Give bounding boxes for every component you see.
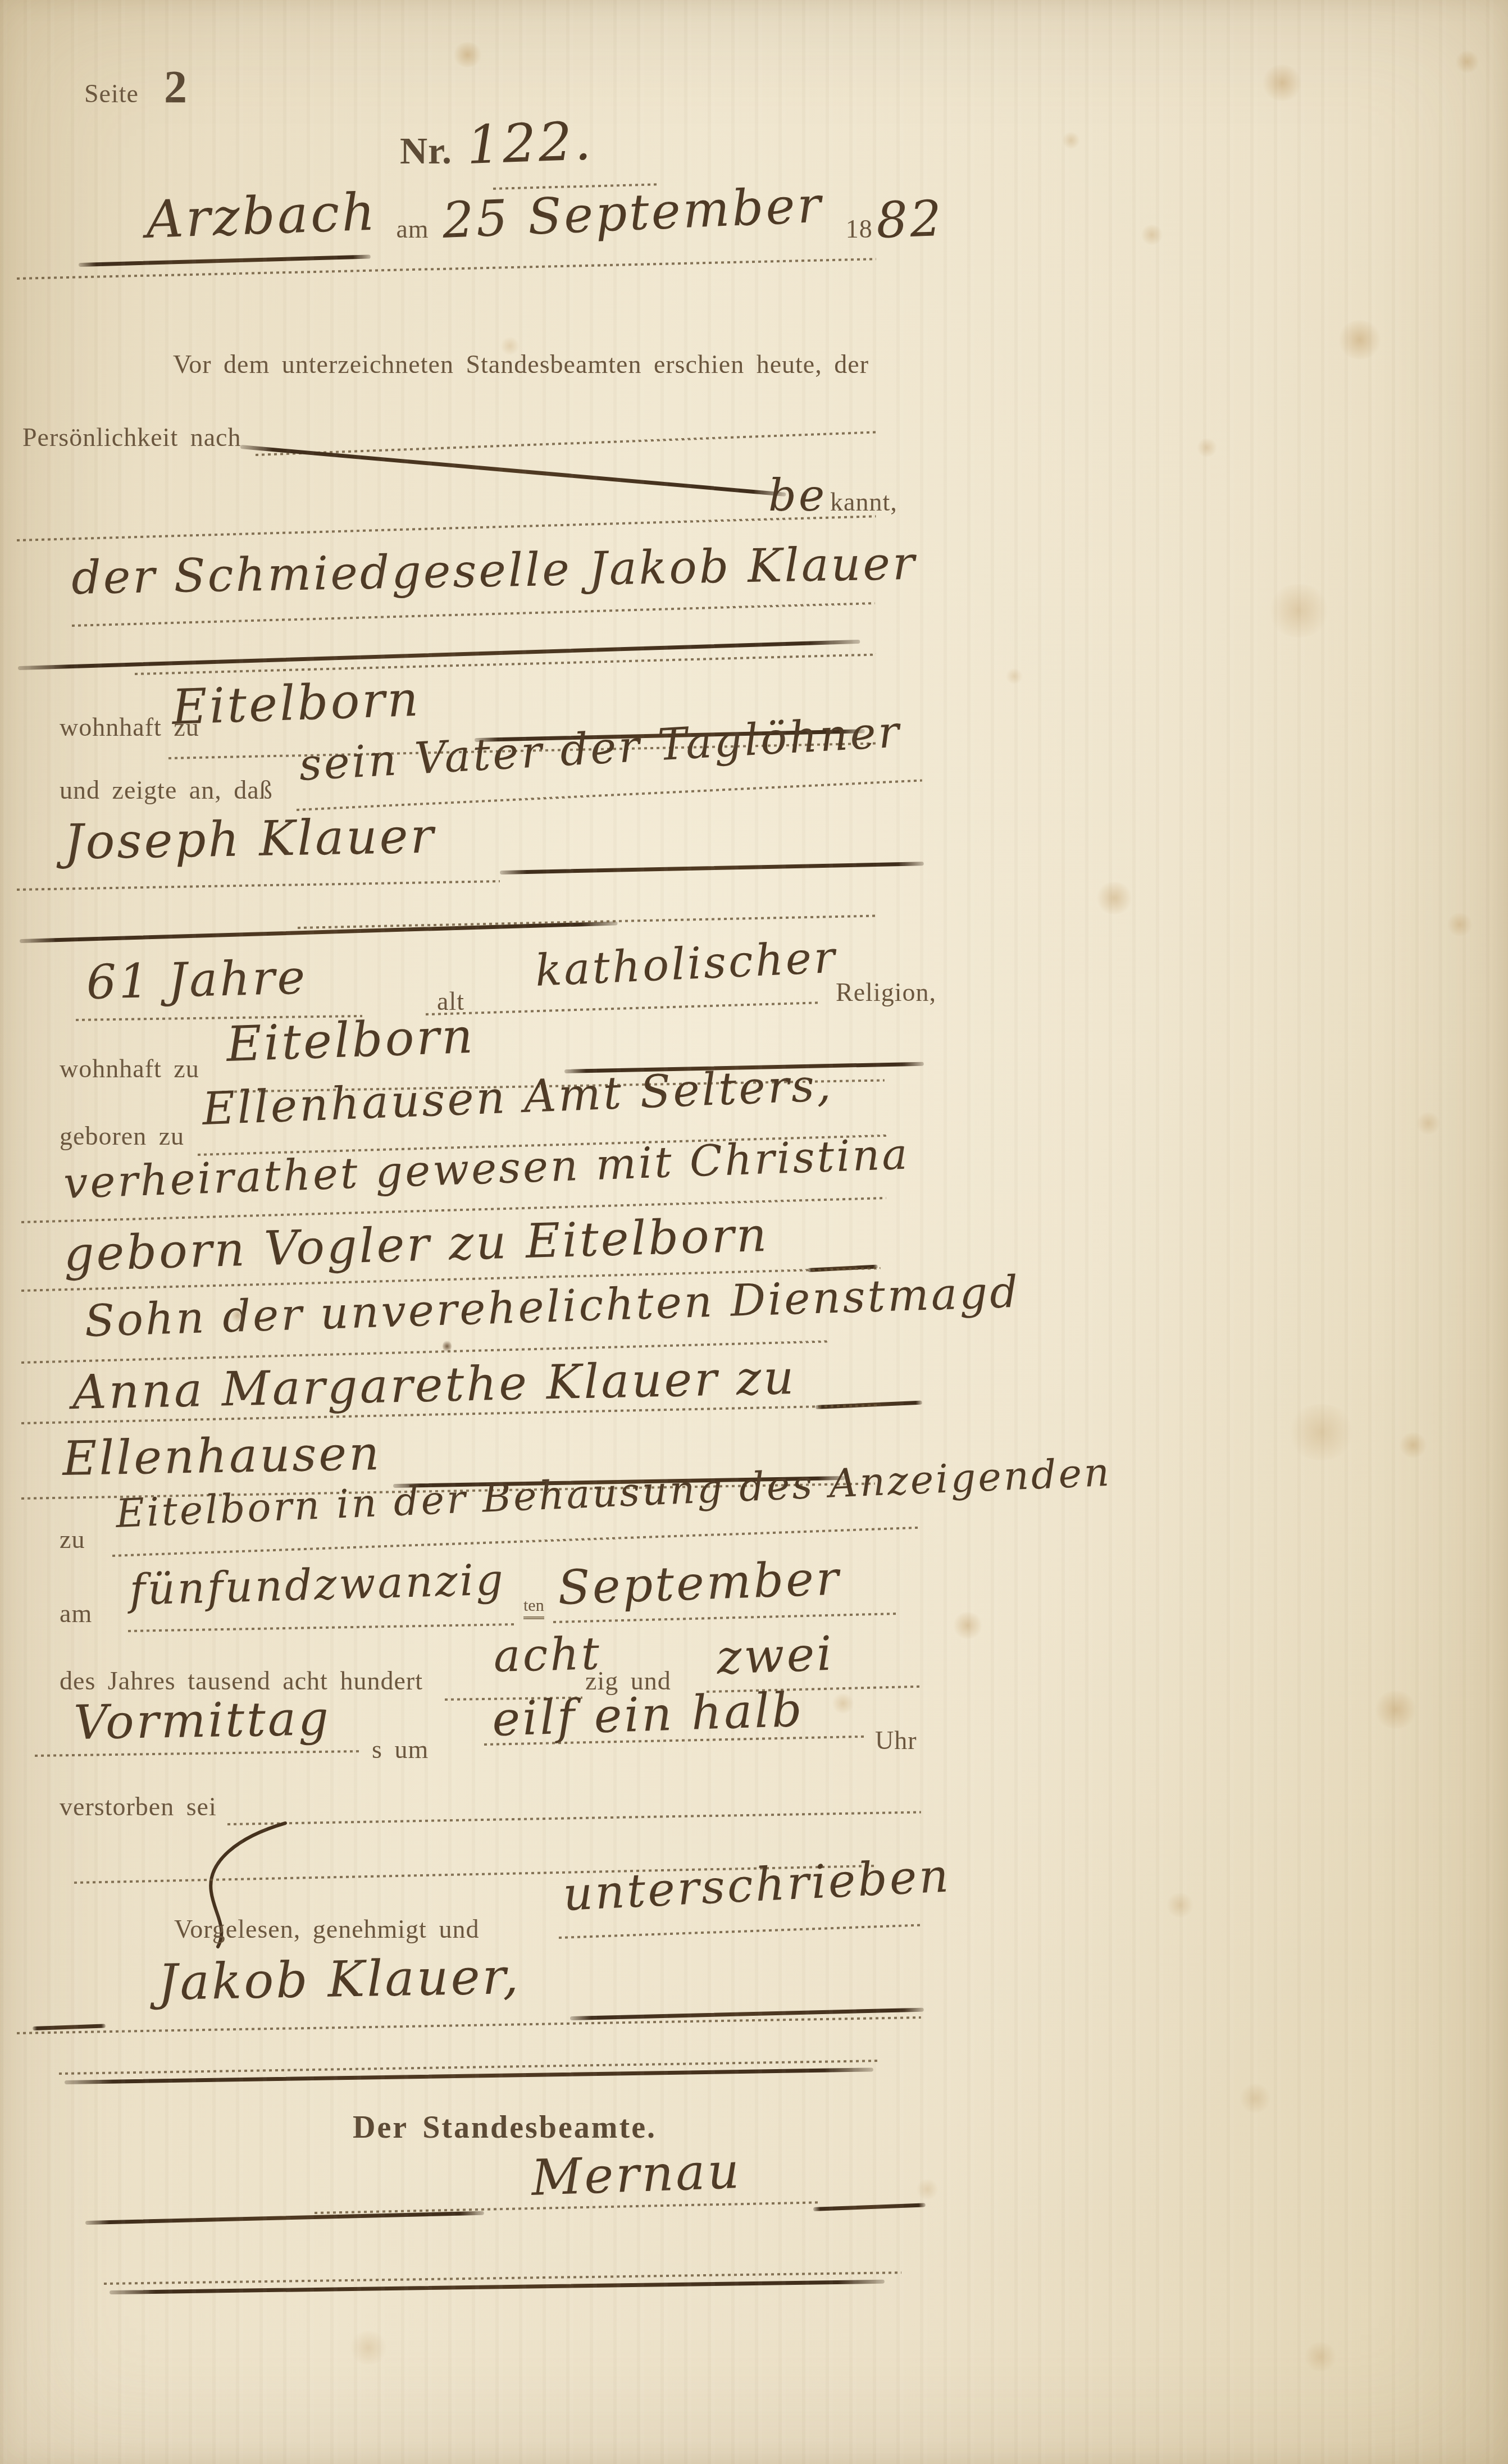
fill-line <box>298 914 876 929</box>
death-year-ones: zwei <box>716 1626 835 1685</box>
death-time: eilf ein halb <box>491 1682 805 1747</box>
registrar-title: Der Standesbeamte. <box>353 2110 657 2146</box>
foxing-spot <box>1061 132 1081 149</box>
foxing-spot <box>452 42 483 67</box>
page-header: Seite 2 <box>84 61 188 113</box>
intro-line: Vor dem unterzeichneten Standesbeamten e… <box>173 349 869 379</box>
nr-label: Nr. <box>400 129 452 173</box>
ink-stroke <box>33 2024 106 2030</box>
foxing-spot <box>1261 65 1303 101</box>
fill-line <box>35 1750 361 1757</box>
record-number-block: Nr. 122. <box>400 115 594 176</box>
foxing-spot <box>1398 1432 1428 1458</box>
foxing-spot <box>348 2331 389 2365</box>
fill-line <box>17 880 500 891</box>
fill-line <box>72 602 875 627</box>
foxing-spot <box>1455 51 1480 73</box>
bekannt-block: be kannt, <box>768 471 897 521</box>
s-um-label: s um <box>372 1734 429 1764</box>
foxing-spot <box>1005 668 1023 684</box>
deceased-age: 61 Jahre <box>86 949 308 1010</box>
foxing-spot <box>1446 913 1473 936</box>
ink-stroke <box>79 254 371 267</box>
year-prefix-label: des Jahres tausend acht hundert <box>60 1666 423 1696</box>
marriage-line1: verheirathet gewesen mit Christina <box>63 1128 910 1208</box>
dateline-year: 82 <box>875 189 945 249</box>
fill-line <box>17 2016 921 2034</box>
foxing-spot <box>915 2179 939 2199</box>
foxing-spot <box>1095 882 1133 914</box>
declarant-residence: Eitelborn <box>171 671 422 736</box>
ink-stroke <box>813 2203 926 2211</box>
foxing-spot <box>1140 225 1164 245</box>
parentage-line3: Ellenhausen <box>62 1425 382 1486</box>
record-number: 122. <box>466 111 594 176</box>
seite-label: Seite <box>84 79 139 108</box>
zu-label: zu <box>60 1524 85 1554</box>
declarant-signature: Jakob Klauer, <box>157 1947 521 2011</box>
foxing-spot <box>1266 584 1331 637</box>
dateline: Arzbach am 25 September 18 82 <box>147 190 945 250</box>
deceased-residence: Eitelborn <box>226 1008 476 1073</box>
foxing-spot <box>1373 1691 1418 1729</box>
foxing-spot <box>1415 1112 1441 1135</box>
deceased-religion: katholischer <box>534 932 838 996</box>
parentage-line1: Sohn der unverehelichten Dienstmagd <box>84 1267 1020 1347</box>
foxing-spot <box>1238 2084 1272 2113</box>
ink-stroke <box>20 921 618 943</box>
death-month: September <box>557 1550 842 1615</box>
death-daypart: Vormittag <box>73 1691 331 1750</box>
fill-line <box>128 1623 516 1632</box>
foxing-spot <box>831 1693 855 1714</box>
fill-line <box>426 1001 819 1015</box>
uhr-label: Uhr <box>875 1725 917 1755</box>
fill-line <box>256 431 876 456</box>
bekannt-printed-part: kannt, <box>830 487 897 517</box>
geboren-zu-label: geboren zu <box>60 1121 184 1151</box>
registrar-signature: Mernau <box>530 2142 742 2207</box>
foxing-spot <box>1286 1404 1356 1460</box>
zeigte-an-label: und zeigte an, daß <box>60 775 273 805</box>
ink-stroke <box>85 2211 484 2225</box>
dateline-am-label: am <box>396 214 429 244</box>
dateline-century: 18 <box>846 214 873 244</box>
fill-line <box>553 1613 899 1623</box>
am-label: am <box>60 1598 92 1628</box>
closing-printed: Vorgelesen, genehmigt und <box>174 1914 479 1944</box>
foxing-spot <box>1303 2342 1338 2371</box>
foxing-spot <box>1165 1893 1195 1918</box>
foxing-spot <box>1196 438 1218 457</box>
religion-label: Religion, <box>836 977 936 1007</box>
closing-handwritten: unterschrieben <box>562 1849 952 1921</box>
persoenlichkeit-label: Persönlichkeit nach <box>22 422 242 452</box>
dateline-day-month: 25 September <box>441 176 824 249</box>
page-number: 2 <box>164 61 188 113</box>
dateline-place: Arzbach <box>145 182 378 250</box>
fill-line <box>227 1811 921 1825</box>
fill-line <box>17 515 876 541</box>
fill-line <box>559 1924 921 1939</box>
death-day: fünfundzwanzig <box>129 1554 506 1615</box>
bekannt-handwritten-part: be <box>768 471 827 521</box>
foxing-spot <box>952 1612 983 1639</box>
registry-document-page: Seite 2 Nr. 122. Arzbach am 25 September… <box>0 0 1508 2464</box>
wohnhaft-zu-label-2: wohnhaft zu <box>60 1054 199 1083</box>
deceased-name: Joseph Klauer <box>63 808 436 871</box>
foxing-spot <box>1337 320 1383 359</box>
ink-stroke <box>240 445 786 497</box>
declarant-name-line: der Schmiedgeselle Jakob Klauer <box>71 537 917 605</box>
ink-stroke <box>500 862 924 875</box>
fill-line <box>135 653 876 675</box>
day-ordinal-suffix: ten <box>523 1596 544 1619</box>
